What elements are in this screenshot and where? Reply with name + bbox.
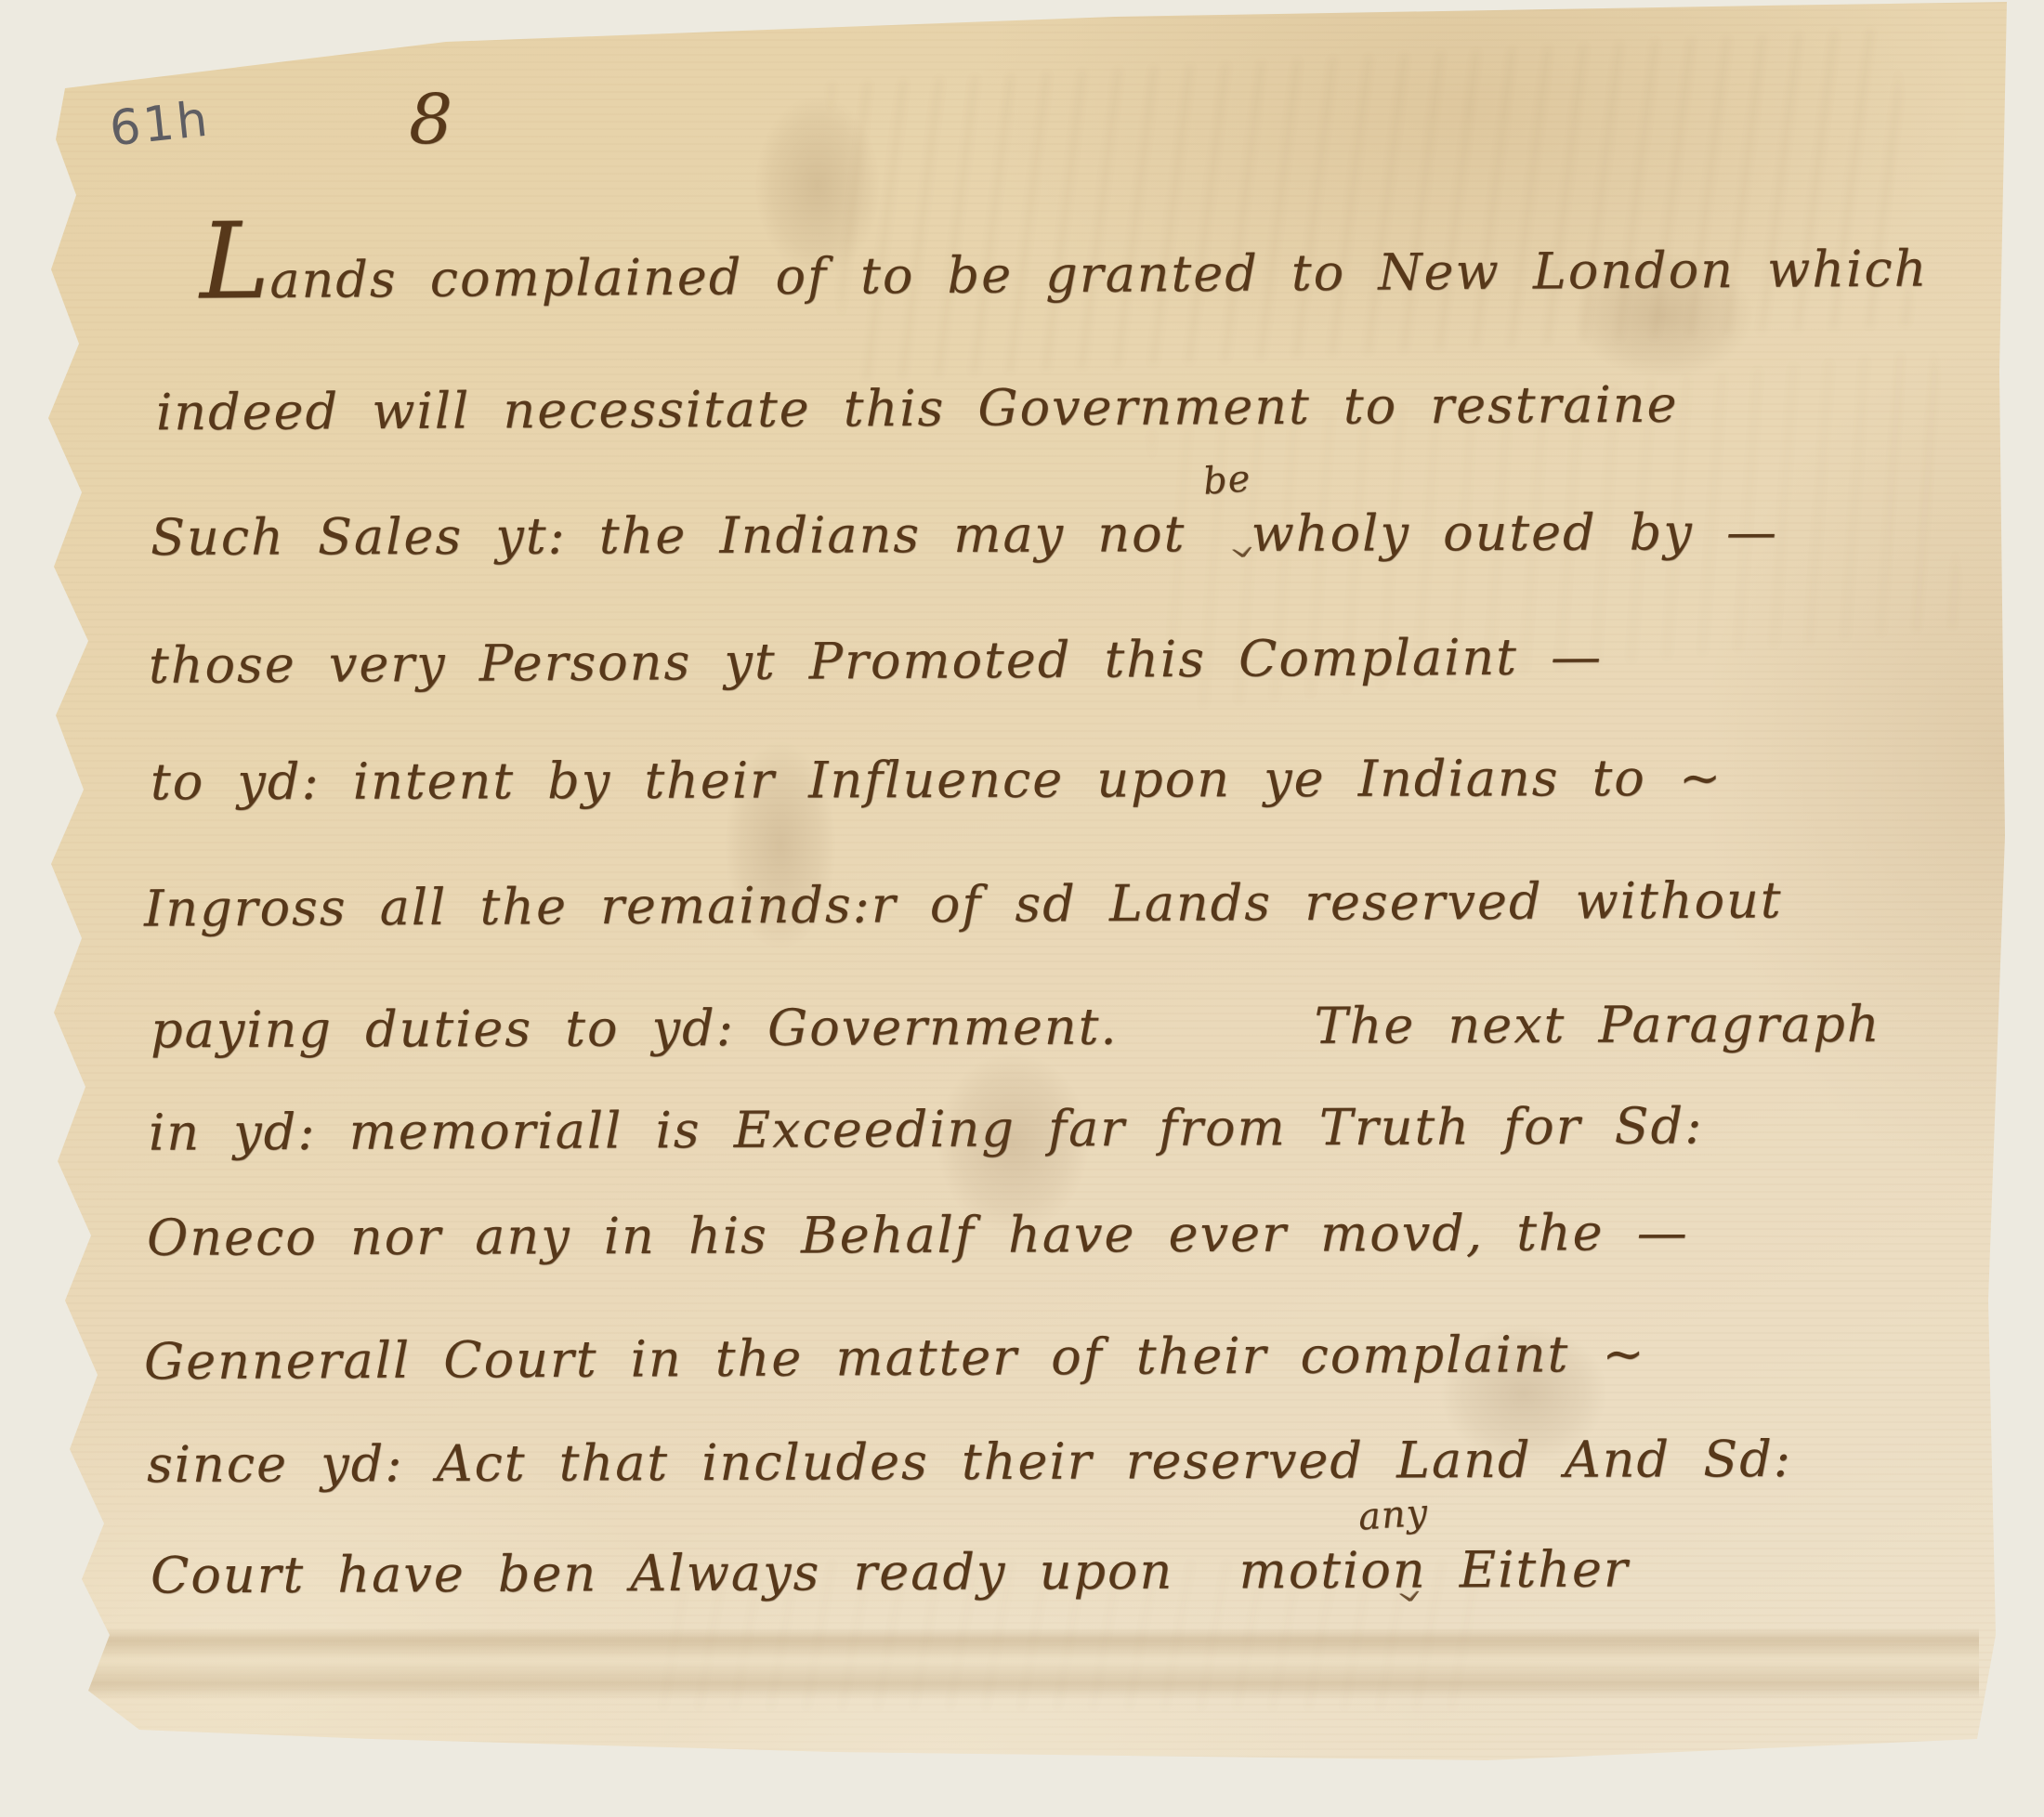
manuscript-line: those very Persons yt Promoted this Comp… xyxy=(149,631,1603,692)
page-number: 8 xyxy=(409,80,452,160)
caret-mark: ^ xyxy=(1225,524,1257,565)
inserted-word: be xyxy=(1201,457,1251,503)
inserted-word: any xyxy=(1356,1491,1429,1538)
manuscript-line: to yd: intent by their Influence upon ye… xyxy=(151,752,1723,809)
caret-mark: ^ xyxy=(1393,1568,1424,1609)
fold-crease xyxy=(84,1627,1979,1700)
manuscript-line: indeed will necessitate this Government … xyxy=(156,379,1679,439)
manuscript-line: Oneco nor any in his Behalf have ever mo… xyxy=(147,1207,1689,1264)
archival-number-pencil: 61h xyxy=(107,92,213,158)
ink-stain xyxy=(706,706,855,985)
manuscript-line: since yd: Act that includes their reserv… xyxy=(147,1433,1792,1492)
manuscript-paper: 61h 8 Lands complained of to be granted … xyxy=(0,0,2044,1817)
scanned-manuscript-page: { "manuscript": { "archival_number": "61… xyxy=(0,0,2044,1817)
manuscript-line: Such Sales yt: the Indians may not wholy… xyxy=(151,506,1778,565)
manuscript-line: Lands complained of to be granted to New… xyxy=(200,243,1929,308)
manuscript-line: Gennerall Court in the matter of their c… xyxy=(144,1328,1646,1389)
manuscript-line: paying duties to yd: Government. The nex… xyxy=(151,999,1881,1057)
ink-showthrough xyxy=(829,28,1911,381)
manuscript-line: in yd: memoriall is Exceeding far from T… xyxy=(149,1100,1704,1159)
manuscript-line: Ingross all the remainds:r of sd Lands r… xyxy=(144,874,1783,935)
